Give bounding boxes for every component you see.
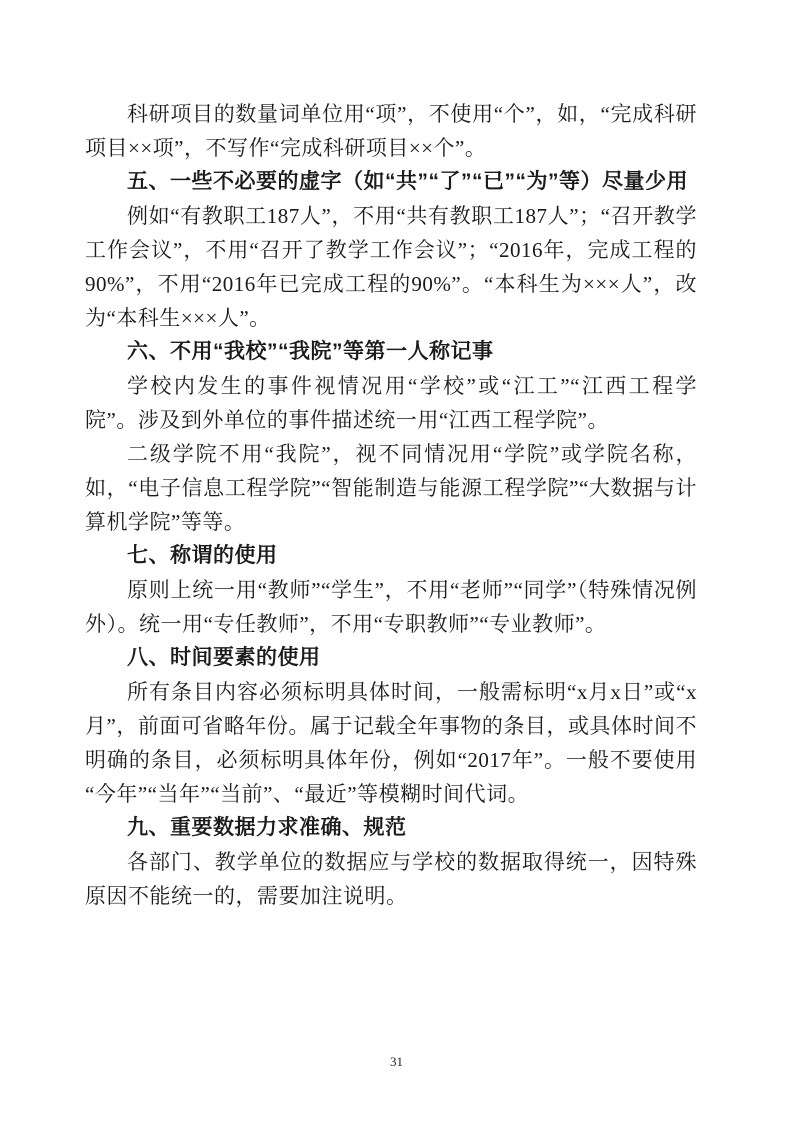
section-heading: 九、重要数据力求准确、规范 xyxy=(85,811,697,845)
section-heading: 六、不用“我校”“我院”等第一人称记事 xyxy=(85,335,697,369)
document-page: 科研项目的数量词单位用“项”，不使用“个”，如，“完成科研项目××项”，不写作“… xyxy=(0,0,793,1122)
paragraph: 所有条目内容必须标明具体时间，一般需标明“x月x日”或“x月”，前面可省略年份。… xyxy=(85,675,697,811)
section-heading: 五、一些不必要的虚字（如“共”“了”“已”“为”等）尽量少用 xyxy=(85,165,697,199)
paragraph: 各部门、教学单位的数据应与学校的数据取得统一，因特殊原因不能统一的，需要加注说明… xyxy=(85,845,697,913)
paragraph: 例如“有教职工187人”，不用“共有教职工187人”；“召开教学工作会议”，不用… xyxy=(85,199,697,335)
paragraph: 科研项目的数量词单位用“项”，不使用“个”，如，“完成科研项目××项”，不写作“… xyxy=(85,97,697,165)
paragraph: 二级学院不用“我院”，视不同情况用“学院”或学院名称，如，“电子信息工程学院”“… xyxy=(85,437,697,539)
section-heading: 七、称谓的使用 xyxy=(85,539,697,573)
document-text-block: 科研项目的数量词单位用“项”，不使用“个”，如，“完成科研项目××项”，不写作“… xyxy=(85,97,697,913)
section-heading: 八、时间要素的使用 xyxy=(85,641,697,675)
paragraph: 原则上统一用“教师”“学生”，不用“老师”“同学”（特殊情况例外）。统一用“专任… xyxy=(85,573,697,641)
paragraph: 学校内发生的事件视情况用“学校”或“江工”“江西工程学院”。涉及到外单位的事件描… xyxy=(85,369,697,437)
page-number-label: 31 xyxy=(0,1054,793,1070)
